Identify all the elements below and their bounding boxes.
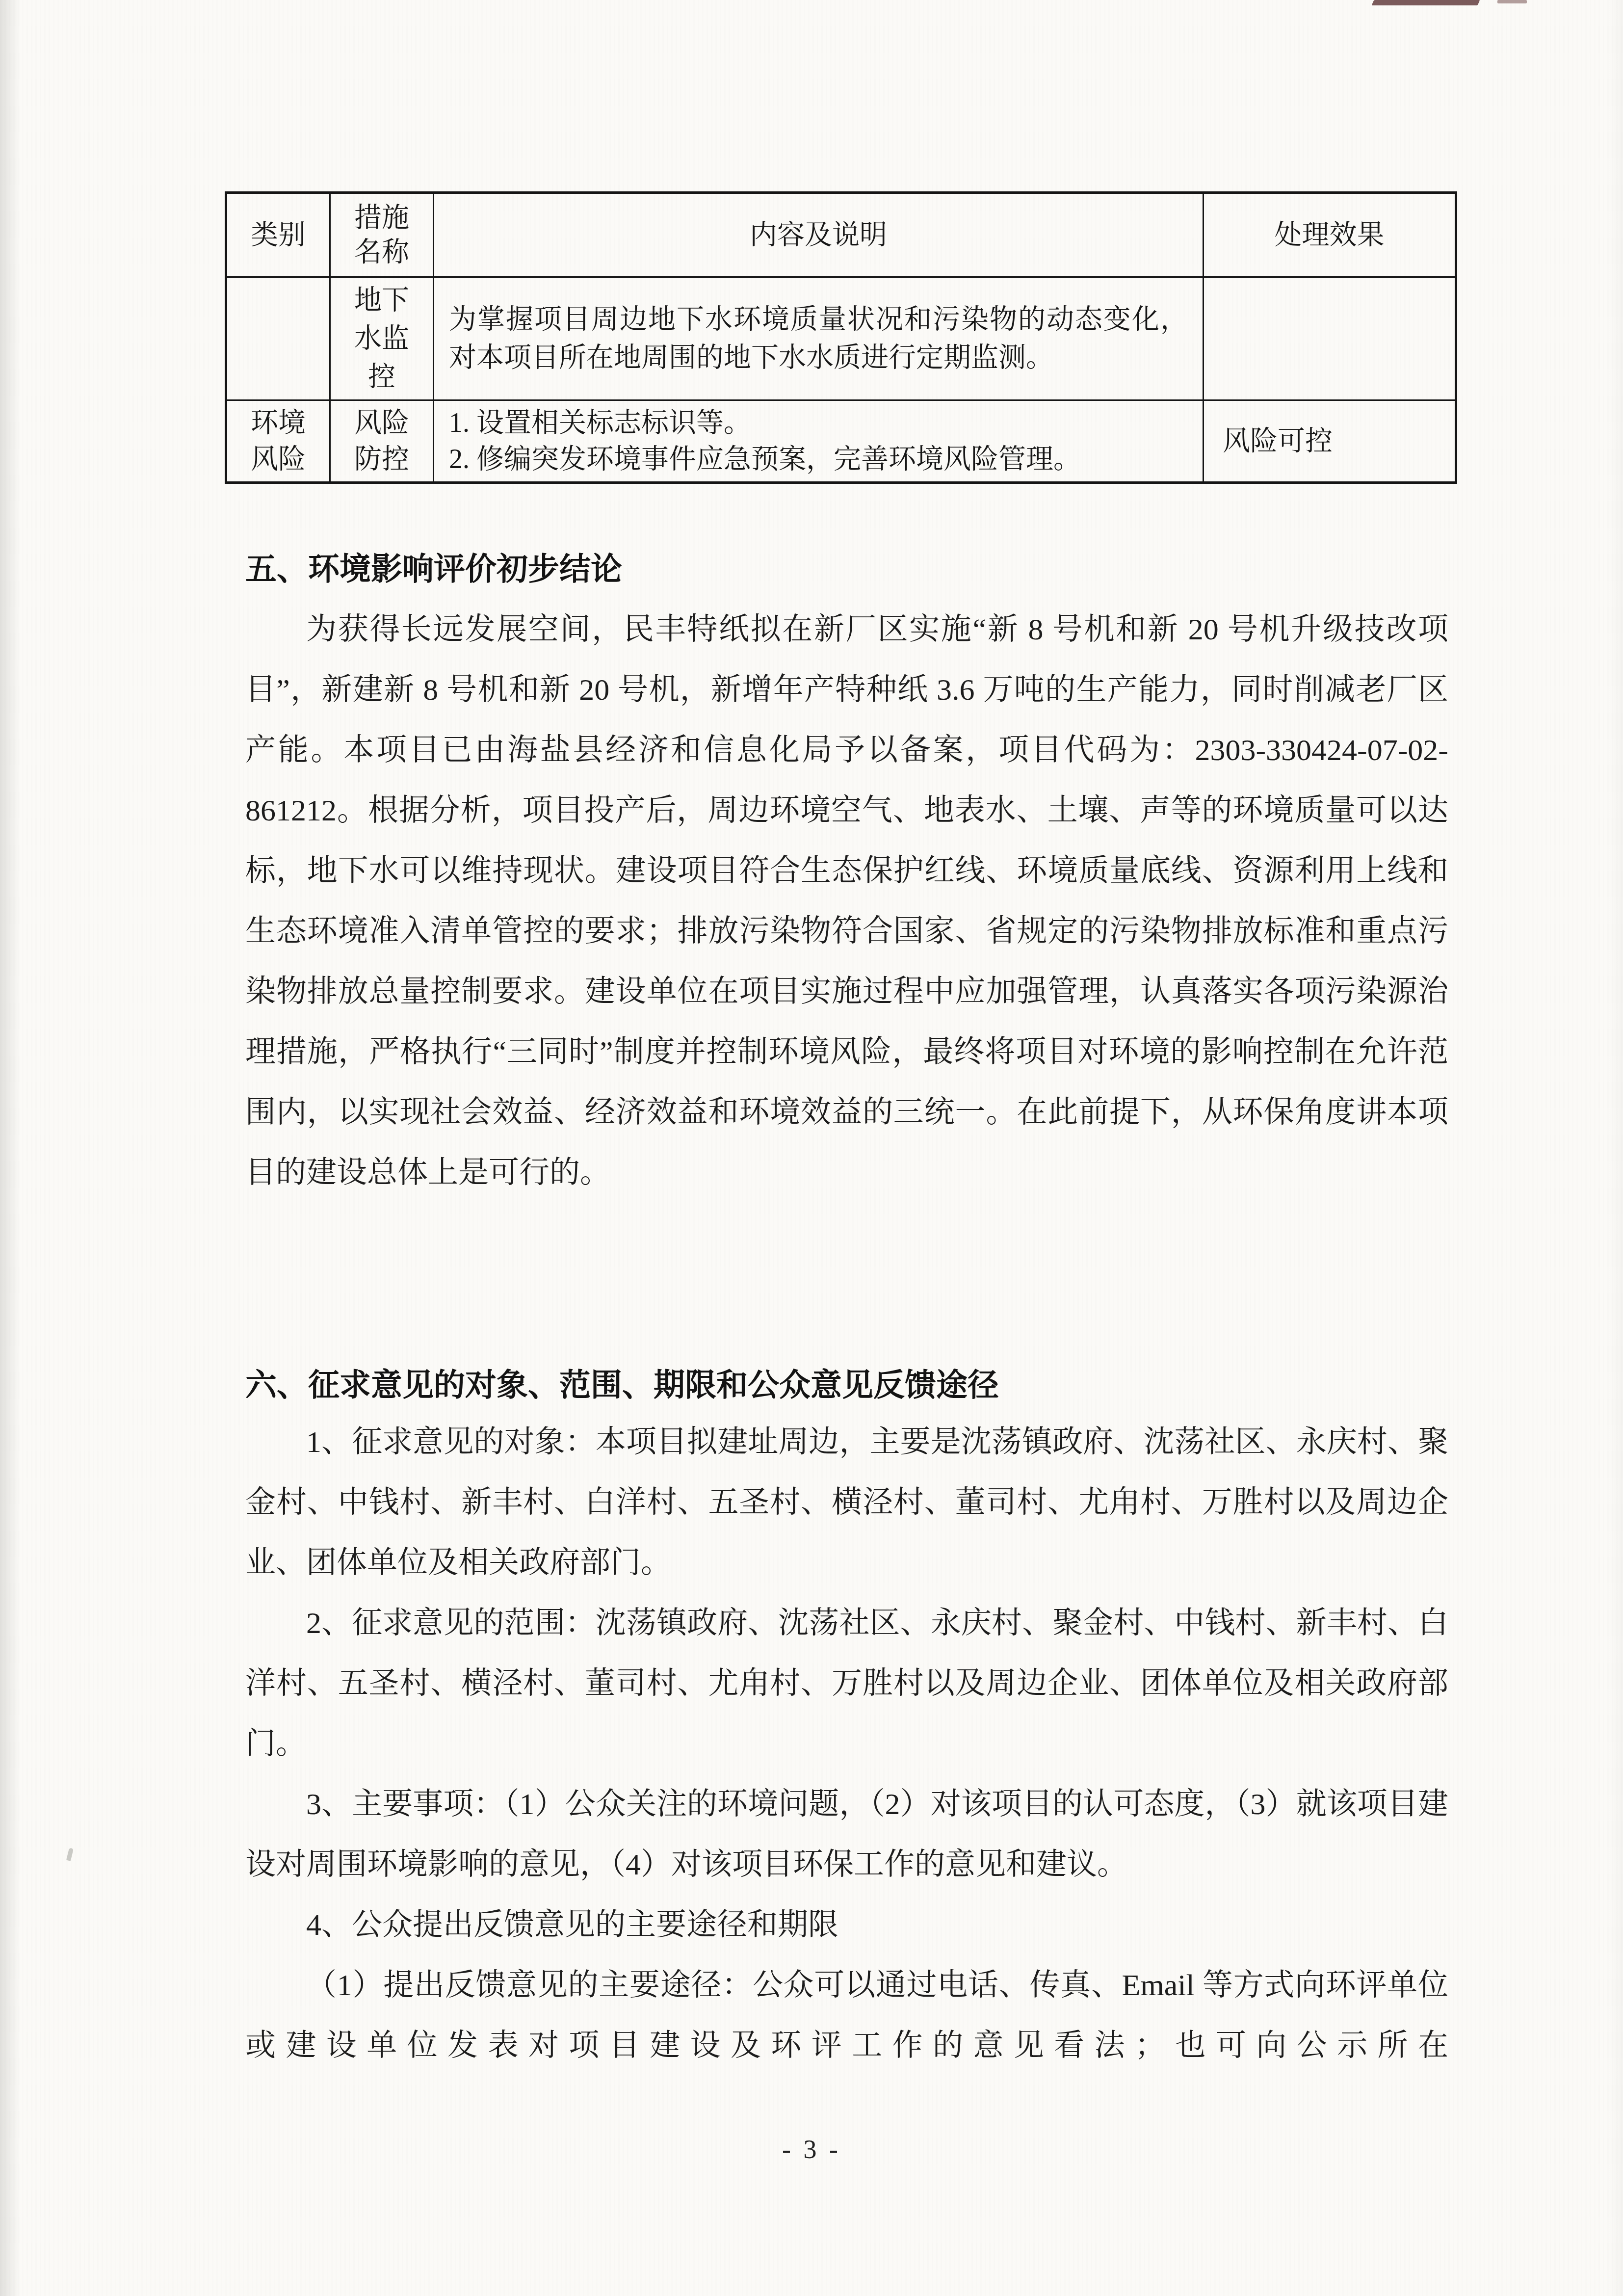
row2-content-cell: 1. 设置相关标志标识等。 2. 修编突发环境事件应急预案，完善环境风险管理。 bbox=[434, 400, 1204, 483]
section6-item-5: （1）提出反馈意见的主要途径：公众可以通过电话、传真、Email 等方式向环评单… bbox=[245, 1955, 1448, 2076]
scan-artifact-mark bbox=[66, 1847, 74, 1861]
row1-measure-cell: 地下 水监 控 bbox=[330, 277, 434, 400]
table-header-content: 内容及说明 bbox=[434, 193, 1204, 277]
measures-table: 类别 措施 名称 内容及说明 处理效果 地下 水监 控 为掌握项目周边地下水环境… bbox=[225, 191, 1457, 484]
table-row: 地下 水监 控 为掌握项目周边地下水环境质量状况和污染物的动态变化，对本项目所在… bbox=[226, 277, 1456, 400]
section6-body: 1、征求意见的对象：本项目拟建址周边，主要是沈荡镇政府、沈荡社区、永庆村、聚金村… bbox=[245, 1412, 1448, 2076]
section5-body: 为获得长远发展空间，民丰特纸拟在新厂区实施“新 8 号机和新 20 号机升级技改… bbox=[245, 600, 1448, 1203]
section6-item-1: 1、征求意见的对象：本项目拟建址周边，主要是沈荡镇政府、沈荡社区、永庆村、聚金村… bbox=[245, 1412, 1448, 1593]
table-header-measure-name: 措施 名称 bbox=[330, 193, 434, 277]
row2-category-cell: 环境 风险 bbox=[226, 400, 330, 483]
section6-item-3: 3、主要事项：（1）公众关注的环境问题，（2）对该项目的认可态度，（3）就该项目… bbox=[245, 1774, 1448, 1895]
section6-item-4: 4、公众提出反馈意见的主要途径和期限 bbox=[245, 1895, 1448, 1955]
scanned-document-page: 类别 措施 名称 内容及说明 处理效果 地下 水监 控 为掌握项目周边地下水环境… bbox=[0, 0, 1623, 2296]
scan-smudge-mark bbox=[1372, 0, 1480, 5]
section5-heading: 五、环境影响评价初步结论 bbox=[245, 539, 622, 599]
table-header-category: 类别 bbox=[226, 193, 330, 277]
section6-heading: 六、征求意见的对象、范围、期限和公众意见反馈途径 bbox=[245, 1355, 999, 1415]
table-header-effect: 处理效果 bbox=[1204, 193, 1456, 277]
page-number: - 3 - bbox=[0, 2132, 1623, 2166]
scan-smudge-mark-small bbox=[1497, 0, 1527, 3]
row1-content-cell: 为掌握项目周边地下水环境质量状况和污染物的动态变化，对本项目所在地周围的地下水水… bbox=[434, 277, 1204, 400]
row1-category-cell bbox=[226, 277, 330, 400]
section6-item-2: 2、征求意见的范围：沈荡镇政府、沈荡社区、永庆村、聚金村、中钱村、新丰村、白洋村… bbox=[245, 1593, 1448, 1774]
table-header-row: 类别 措施 名称 内容及说明 处理效果 bbox=[226, 193, 1456, 277]
section5-paragraph: 为获得长远发展空间，民丰特纸拟在新厂区实施“新 8 号机和新 20 号机升级技改… bbox=[245, 600, 1448, 1203]
row2-effect-cell: 风险可控 bbox=[1204, 400, 1456, 483]
row2-measure-cell: 风险 防控 bbox=[330, 400, 434, 483]
row1-effect-cell bbox=[1204, 277, 1456, 400]
table-row: 环境 风险 风险 防控 1. 设置相关标志标识等。 2. 修编突发环境事件应急预… bbox=[226, 400, 1456, 483]
